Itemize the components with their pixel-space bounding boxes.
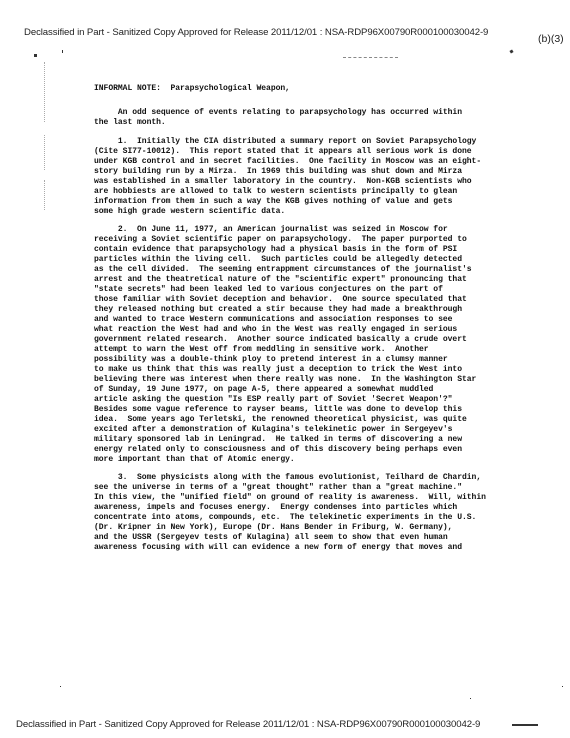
paragraph-line: excited after a demonstration of Kulagin… [94, 425, 564, 435]
paragraph-line: arrest and the theatretical nature of th… [94, 275, 564, 285]
paragraph-line: they released nothing but created a stir… [94, 305, 564, 315]
paragraph-line: 1. Initially the CIA distributed a summa… [94, 137, 564, 147]
paragraph-line: attempt to warn the West off from meddli… [94, 345, 564, 355]
paragraph-line: In this view, the "unified field" on gro… [94, 493, 564, 503]
paragraph-2: 2. On June 11, 1977, an American journal… [94, 225, 564, 465]
stray-dot [470, 698, 471, 699]
paragraph-line: 3. Some physicists along with the famous… [94, 473, 564, 483]
paragraph-line: some high grade western scientific data. [94, 207, 564, 217]
left-margin-dots [44, 62, 46, 122]
paragraph-line: awareness, impels and focuses energy. En… [94, 503, 564, 513]
paragraph-line: 2. On June 11, 1977, an American journal… [94, 225, 564, 235]
paragraph-1: 1. Initially the CIA distributed a summa… [94, 137, 564, 217]
paragraph-line: and wanted to trace Western communicatio… [94, 315, 564, 325]
paragraph-line: energy related only to consciousness and… [94, 445, 564, 455]
paragraph-line: believing there was interest when there … [94, 375, 564, 385]
paragraph-line: possibility was a double-think ploy to p… [94, 355, 564, 365]
paragraph-line: (Dr. Kripner in New York), Europe (Dr. H… [94, 523, 564, 533]
paragraph-line: government related research. Another sou… [94, 335, 564, 345]
paragraph-line: story building run by a Mirza. In 1969 t… [94, 167, 564, 177]
paragraph-line: those familiar with Soviet deception and… [94, 295, 564, 305]
exemption-code: (b)(3) [538, 33, 564, 45]
memo-title: INFORMAL NOTE: Parapsychological Weapon, [94, 84, 564, 94]
corner-mark-left [34, 54, 37, 57]
paragraph-line: are hobbiests are allowed to talk to wes… [94, 187, 564, 197]
footer-rule [512, 724, 538, 726]
intro-line: An odd sequence of events relating to pa… [94, 108, 564, 118]
paragraph-line: to make us think that this was really ju… [94, 365, 564, 375]
tick-mark [62, 50, 63, 53]
memo-body: INFORMAL NOTE: Parapsychological Weapon,… [94, 84, 564, 553]
paragraph-line: (Cite SI77-10012). This report stated th… [94, 147, 564, 157]
stray-dot [562, 686, 563, 687]
paragraph-line: see the universe in terms of a "great th… [94, 483, 564, 493]
paragraph-line: awareness focusing with will can evidenc… [94, 543, 564, 553]
paragraph-line: military sponsored lab in Leningrad. He … [94, 435, 564, 445]
paragraph-line: and the USSR (Sergeyev tests of Kulagina… [94, 533, 564, 543]
faint-rule [343, 57, 398, 59]
paragraph-line: contain evidence that parapsychology had… [94, 245, 564, 255]
declassification-stamp-top: Declassified in Part - Sanitized Copy Ap… [24, 27, 488, 38]
paragraph-line: article asking the question "Is ESP real… [94, 395, 564, 405]
paragraph-line: idea. Some years ago Terletski, the reno… [94, 415, 564, 425]
paragraph-line: receiving a Soviet scientific paper on p… [94, 235, 564, 245]
paragraph-line: under KGB control and in secret faciliti… [94, 157, 564, 167]
paragraph-line: of Sunday, 19 June 1977, on page A-5, th… [94, 385, 564, 395]
paragraph-line: information from them in such a way the … [94, 197, 564, 207]
paragraph-line: Besides some vague reference to rayser b… [94, 405, 564, 415]
left-margin-dots [44, 135, 46, 170]
corner-mark-right [509, 49, 513, 53]
paragraph-line: particles within the living cell. Such p… [94, 255, 564, 265]
paragraph-line: concentrate into atoms, compounds, etc. … [94, 513, 564, 523]
paragraph-line: what reaction the West had and who in th… [94, 325, 564, 335]
paragraph-line: as the cell divided. The seeming entrapp… [94, 265, 564, 275]
left-margin-dots [44, 180, 46, 210]
intro-line: the last month. [94, 118, 564, 128]
paragraph-3: 3. Some physicists along with the famous… [94, 473, 564, 553]
stray-dot [60, 686, 61, 687]
paragraph-line: more important than that of Atomic energ… [94, 455, 564, 465]
paragraph-line: was established in a smaller laboratory … [94, 177, 564, 187]
paragraph-line: "state secrets" had been leaked led to v… [94, 285, 564, 295]
declassification-stamp-bottom: Declassified in Part - Sanitized Copy Ap… [16, 719, 480, 730]
